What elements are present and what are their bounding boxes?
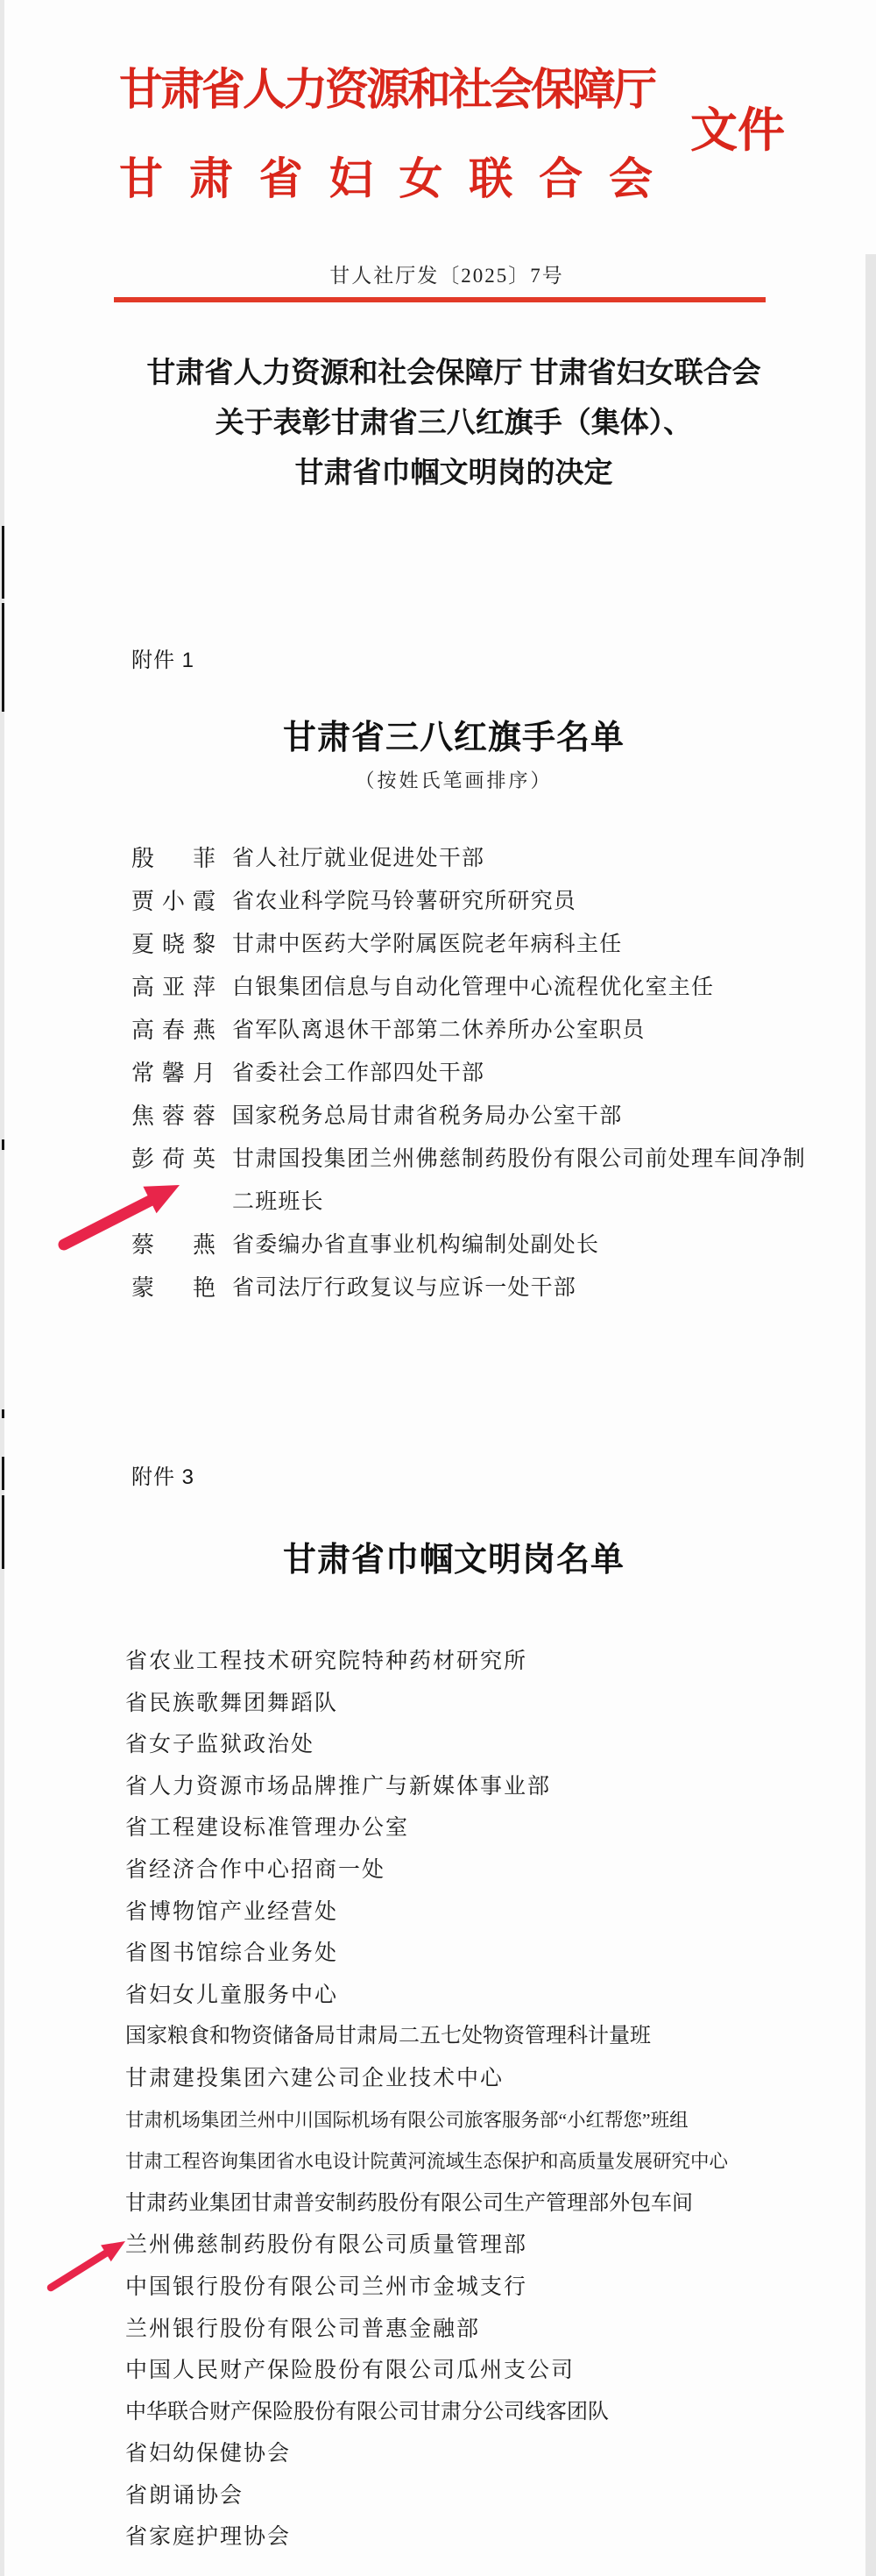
scan-artifact-line: [2, 603, 4, 712]
honoree-row: 焦蓉蓉 国家税务总局甘肃省税务局办公室干部: [131, 1095, 850, 1138]
attachment1-subheading: （按姓氏笔画排序）: [16, 766, 876, 793]
honoree-row: 蒙 艳 省司法厅行政复议与应诉一处干部: [131, 1267, 850, 1309]
honoree-title: 甘肃中医药大学附属医院老年病科主任: [232, 923, 807, 966]
scan-left-edge: [0, 0, 4, 2576]
attachment3-heading: 甘肃省巾帼文明岗名单: [16, 1532, 876, 1580]
honoree-title: 甘肃国投集团兰州佛慈制药股份有限公司前处理车间净制二班班长: [232, 1138, 807, 1224]
post-item: 省博物馆产业经营处: [125, 1891, 861, 1934]
honoree-title: 省委社会工作部四处干部: [232, 1052, 807, 1095]
letterhead-red-rule: [114, 297, 766, 302]
attachment3-label: 附件 3: [131, 1459, 194, 1490]
honoree-row: 高亚萍 白银集团信息与自动化管理中心流程优化室主任: [131, 966, 850, 1009]
post-item: 省图书馆综合业务处: [125, 1933, 861, 1975]
honoree-name: 高春燕: [131, 1009, 215, 1052]
post-item: 甘肃建投集团六建公司企业技术中心: [125, 2058, 861, 2100]
honoree-title: 省军队离退休干部第二休养所办公室职员: [232, 1009, 807, 1052]
post-item: 中国人民财产保险股份有限公司瓜州支公司: [125, 2350, 861, 2392]
post-item: 省妇女儿童服务中心: [125, 1975, 861, 2017]
post-item: 甘肃机场集团兰州中川国际机场有限公司旅客服务部“小红帮您”班组: [125, 2100, 861, 2142]
honoree-row: 夏晓黎 甘肃中医药大学附属医院老年病科主任: [131, 923, 850, 966]
post-item: 省工程建设标准管理办公室: [125, 1807, 861, 1849]
post-item: 省家庭护理协会: [125, 2516, 861, 2558]
honoree-title: 省委编办省直事业机构编制处副处长: [232, 1224, 807, 1267]
post-item: 中国银行股份有限公司兰州市金城支行: [125, 2267, 861, 2309]
honoree-row: 蔡 燕 省委编办省直事业机构编制处副处长: [131, 1224, 850, 1267]
post-item-highlighted: 兰州佛慈制药股份有限公司质量管理部: [125, 2225, 861, 2267]
honoree-name: 殷 菲: [131, 837, 215, 880]
scan-artifact-line: [2, 526, 4, 599]
honoree-title: 国家税务总局甘肃省税务局办公室干部: [232, 1095, 807, 1138]
post-item: 国家粮食和物资储备局甘肃局二五七处物资管理科计量班: [125, 2016, 861, 2058]
scan-artifact-line: [2, 1495, 4, 1569]
document-number: 甘人社厅发〔2025〕7号: [9, 259, 876, 288]
civilized-post-list: 省农业工程技术研究院特种药材研究所 省民族歌舞团舞蹈队 省女子监狱政治处 省人力…: [125, 1641, 861, 2558]
honoree-title: 省人社厅就业促进处干部: [232, 837, 807, 880]
letterhead-agency-2: 甘肃省妇女联合会: [119, 144, 650, 207]
honoree-title: 省农业科学院马铃薯研究所研究员: [232, 880, 807, 923]
scan-artifact-line: [2, 1139, 4, 1150]
scan-artifact-line: [2, 1409, 4, 1418]
letterhead-doc-type: 文件: [690, 93, 785, 160]
honoree-row-highlighted: 彭荷英 甘肃国投集团兰州佛慈制药股份有限公司前处理车间净制二班班长: [131, 1138, 850, 1224]
attachment1-heading: 甘肃省三八红旗手名单: [16, 710, 876, 758]
honoree-row: 常馨月 省委社会工作部四处干部: [131, 1052, 850, 1095]
honoree-name: 焦蓉蓉: [131, 1095, 215, 1138]
post-item: 省妇幼保健协会: [125, 2433, 861, 2475]
honoree-name: 贾小霞: [131, 880, 215, 923]
honoree-title: 省司法厅行政复议与应诉一处干部: [232, 1267, 807, 1309]
honoree-row: 殷 菲 省人社厅就业促进处干部: [131, 837, 850, 880]
red-banner-honoree-list: 殷 菲 省人社厅就业促进处干部 贾小霞 省农业科学院马铃薯研究所研究员 夏晓黎 …: [131, 837, 850, 1309]
post-item: 省朗诵协会: [125, 2475, 861, 2517]
honoree-title: 白银集团信息与自动化管理中心流程优化室主任: [232, 966, 807, 1009]
document-title-line-3: 甘肃省巾帼文明岗的决定: [16, 449, 876, 499]
honoree-name: 常馨月: [131, 1052, 215, 1095]
honoree-name: 夏晓黎: [131, 923, 215, 966]
highlight-arrow-icon: [48, 1171, 193, 1259]
scanned-document-page: 甘肃省人力资源和社会保障厅 文件 甘肃省妇女联合会 甘人社厅发〔2025〕7号 …: [0, 0, 876, 2576]
post-item: 甘肃工程咨询集团省水电设计院黄河流域生态保护和高质量发展研究中心: [125, 2141, 861, 2183]
document-title-line-2: 关于表彰甘肃省三八红旗手（集体）、: [16, 399, 876, 449]
post-item: 省民族歌舞团舞蹈队: [125, 1683, 861, 1725]
post-item: 中华联合财产保险股份有限公司甘肃分公司线客团队: [125, 2392, 861, 2434]
post-item: 省人力资源市场品牌推广与新媒体事业部: [125, 1766, 861, 1808]
honoree-row: 高春燕 省军队离退休干部第二休养所办公室职员: [131, 1009, 850, 1052]
document-title-line-1: 甘肃省人力资源和社会保障厅 甘肃省妇女联合会: [16, 349, 876, 399]
scan-artifact-line: [2, 1457, 4, 1490]
post-item: 甘肃药业集团甘肃普安制药股份有限公司生产管理部外包车间: [125, 2183, 861, 2225]
post-item: 省农业工程技术研究院特种药材研究所: [125, 1641, 861, 1683]
post-item: 省女子监狱政治处: [125, 1724, 861, 1766]
honoree-name: 蒙 艳: [131, 1267, 215, 1309]
document-title: 甘肃省人力资源和社会保障厅 甘肃省妇女联合会 关于表彰甘肃省三八红旗手（集体）、…: [16, 349, 876, 499]
honoree-row: 贾小霞 省农业科学院马铃薯研究所研究员: [131, 880, 850, 923]
post-item: 省经济合作中心招商一处: [125, 1849, 861, 1891]
highlight-arrow-icon: [37, 2228, 142, 2296]
letterhead-agency-1: 甘肃省人力资源和社会保障厅: [119, 54, 654, 117]
scan-right-edge: [865, 254, 876, 2576]
attachment1-label: 附件 1: [131, 642, 194, 673]
post-item: 兰州银行股份有限公司普惠金融部: [125, 2309, 861, 2351]
honoree-name: 高亚萍: [131, 966, 215, 1009]
